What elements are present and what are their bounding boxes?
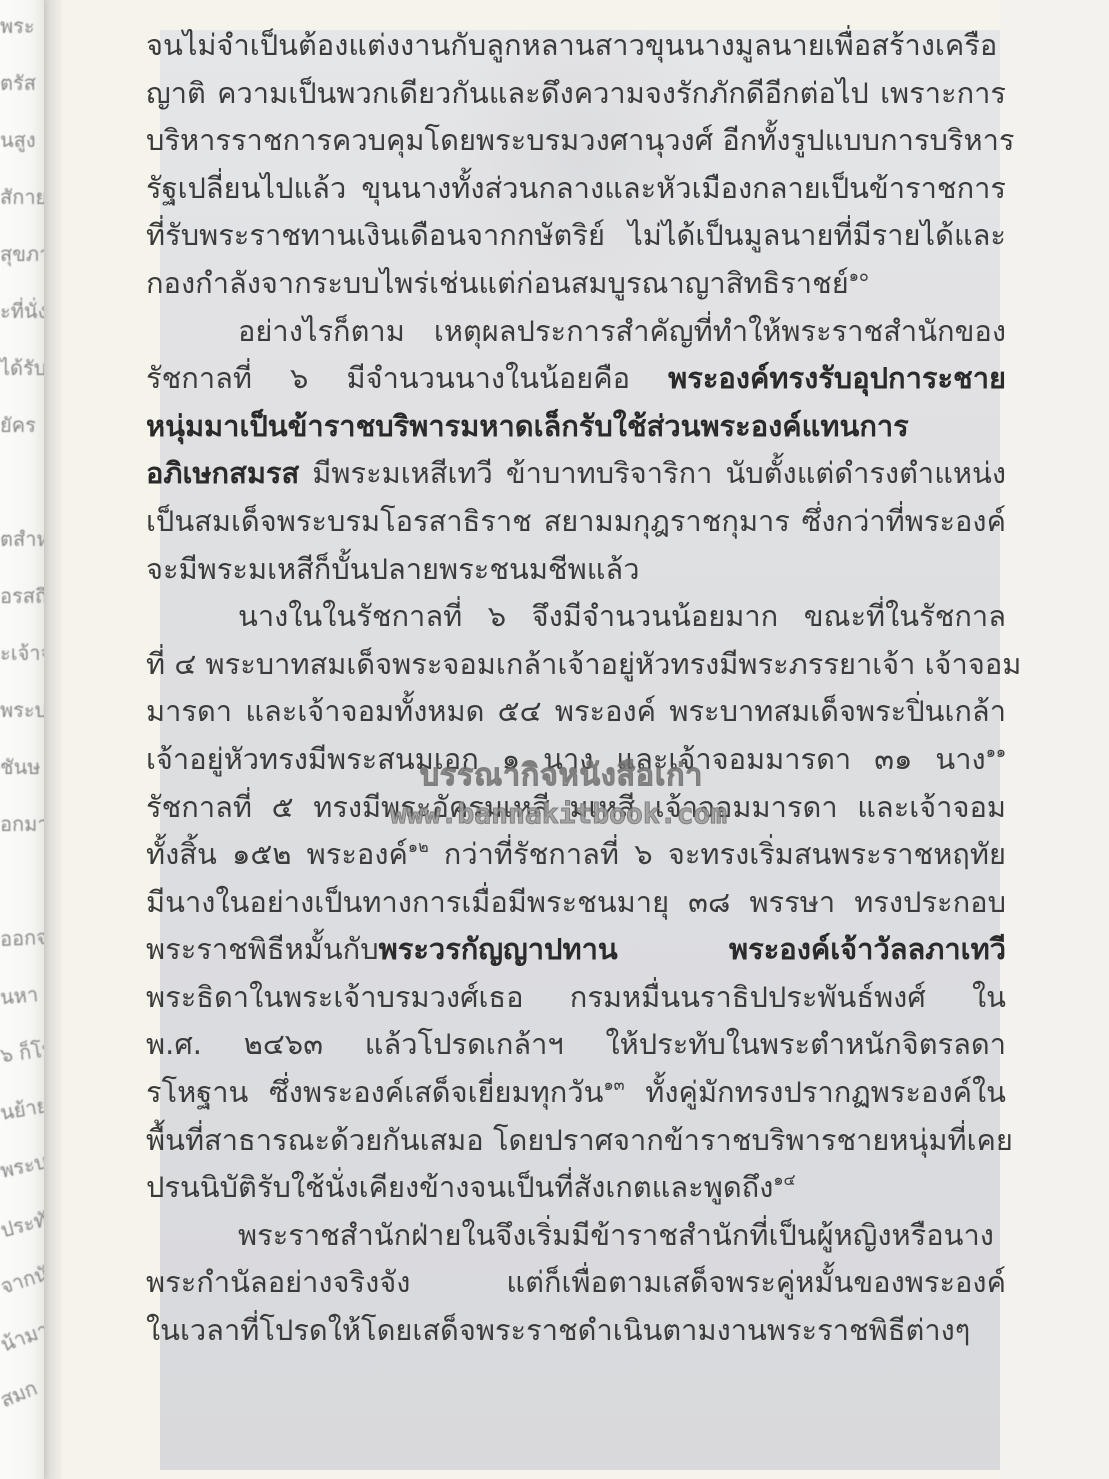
text-line: รโหฐาน ซึ่งพระองค์เสด็จเยี่ยมทุกวัน๑๓ ทั…	[146, 1069, 1006, 1117]
line-text: กว่าที่รัชกาลที่ ๖ จะทรงเริ่มสนพระราชหฤท…	[429, 837, 1006, 871]
left-page-fragment: ะที่นั่ง	[0, 295, 44, 327]
line-text: พื้นที่สาธารณะด้วยกันเสมอ โดยปราศจากข้าร…	[146, 1123, 1013, 1157]
line-text: รัฐเปลี่ยนไปแล้ว ขุนนางทั้งส่วนกลางและหั…	[146, 171, 1006, 205]
left-page-fragment: ประทับ	[0, 1200, 44, 1246]
left-page-fragment: พระบ	[0, 694, 44, 726]
text-line: ที่ ๔ พระบาทสมเด็จพระจอมเกล้าเจ้าอยู่หัว…	[146, 641, 1006, 689]
line-text: พ.ศ. ๒๔๖๓ แล้วโปรดเกล้าฯ ให้ประทับในพระต…	[146, 1027, 1006, 1061]
text-line: บริหารราชการควบคุมโดยพระบรมวงศานุวงศ์ อี…	[146, 117, 1006, 165]
page-body-text: จนไม่จำเป็นต้องแต่งงานกับลูกหลานสาวขุนนา…	[146, 22, 1006, 1355]
text-line: หนุ่มมาเป็นข้าราชบริพารมหาดเล็กรับใช้ส่ว…	[146, 403, 1006, 451]
line-text: ญาติ ความเป็นพวกเดียวกันและดึงความจงรักภ…	[146, 76, 1006, 110]
line-text: ที่ ๔ พระบาทสมเด็จพระจอมเกล้าเจ้าอยู่หัว…	[146, 647, 1021, 681]
bold-text: หนุ่มมาเป็นข้าราชบริพารมหาดเล็กรับใช้ส่ว…	[146, 409, 909, 443]
left-page-fragment: สักาย	[0, 181, 44, 213]
left-page-fragment: พระ	[0, 10, 35, 42]
line-text: อย่างไรก็ตาม เหตุผลประการสำคัญที่ทำให้พร…	[238, 314, 1006, 348]
line-text: พระธิดาในพระเจ้าบรมวงศ์เธอ กรมหมื่นนราธิ…	[146, 980, 1006, 1014]
text-line: จนไม่จำเป็นต้องแต่งงานกับลูกหลานสาวขุนนา…	[146, 22, 1006, 70]
line-text: นางในในรัชกาลที่ ๖ จึงมีจำนวนน้อยมาก ขณะ…	[238, 599, 1006, 633]
line-text: ทั้งสิ้น ๑๕๒ พระองค์	[146, 837, 408, 871]
book-gutter	[44, 0, 62, 1479]
text-line: พ.ศ. ๒๔๖๓ แล้วโปรดเกล้าฯ ให้ประทับในพระต…	[146, 1021, 1006, 1069]
text-line: อภิเษกสมรส มีพระมเหสีเทวี ข้าบาทบริจาริก…	[146, 450, 1006, 498]
text-line: มีนางในอย่างเป็นทางการเมื่อมีพระชนมายุ ๓…	[146, 879, 1006, 927]
line-text: พระกำนัลอย่างจริงจัง แต่ก็เพื่อตามเสด็จพ…	[146, 1265, 1006, 1299]
line-text: ที่รับพระราชทานเงินเดือนจากกษัตริย์ ไม่ไ…	[146, 218, 1006, 252]
left-page-fragment: ะเจ้าจ	[0, 637, 44, 669]
page-right-margin	[1000, 0, 1109, 1479]
line-text: จะมีพระมเหสีก็บั้นปลายพระชนมชีพแล้ว	[146, 552, 639, 586]
text-line: พระราชสำนักฝ่ายในจึงเริ่มมีข้าราชสำนักที…	[146, 1212, 1006, 1260]
left-page-fragment: ตสำหรั	[0, 523, 44, 555]
footnote-marker: ๑๐	[849, 266, 869, 285]
paragraph: นางในในรัชกาลที่ ๖ จึงมีจำนวนน้อยมาก ขณะ…	[146, 593, 1006, 1212]
left-page-fragment: อกมาอ	[0, 808, 44, 840]
text-line: พระกำนัลอย่างจริงจัง แต่ก็เพื่อตามเสด็จพ…	[146, 1259, 1006, 1307]
text-line: พระราชพิธีหมั้นกับพระวรกัญญาปทาน พระองค์…	[146, 926, 1006, 974]
left-page-fragment: อรสถึ	[0, 580, 44, 612]
paragraph: จนไม่จำเป็นต้องแต่งงานกับลูกหลานสาวขุนนา…	[146, 22, 1006, 308]
left-page-fragment: ตรัส	[0, 67, 36, 99]
text-line: มารดา และเจ้าจอมทั้งหมด ๕๔ พระองค์ พระบา…	[146, 688, 1006, 736]
left-page-fragment: นสูง	[0, 124, 36, 156]
text-line: เป็นสมเด็จพระบรมโอรสาธิราช สยามมกุฎราชกุ…	[146, 498, 1006, 546]
text-line: ปรนนิบัติรับใช้นั่งเคียงข้างจนเป็นที่สัง…	[146, 1164, 1006, 1212]
left-page-fragment: ได้รับ	[0, 352, 44, 384]
watermark-title: บรรณากิจหนังสือเก่า	[420, 752, 703, 799]
left-page-fragment: ๖ ก็โป	[0, 1033, 44, 1072]
line-text: มีพระมเหสีเทวี ข้าบาทบริจาริกา นับตั้งแต…	[299, 456, 1006, 490]
line-text: พระราชสำนักฝ่ายในจึงเริ่มมีข้าราชสำนักที…	[238, 1218, 994, 1252]
line-text: พระราชพิธีหมั้นกับ	[146, 932, 379, 966]
bold-text: พระองค์ทรงรับอุปการะชาย	[668, 361, 1006, 395]
line-text: เป็นสมเด็จพระบรมโอรสาธิราช สยามมกุฎราชกุ…	[146, 504, 1006, 538]
paragraph: พระราชสำนักฝ่ายในจึงเริ่มมีข้าราชสำนักที…	[146, 1212, 1006, 1355]
text-line: รัชกาลที่ ๖ มีจำนวนนางในน้อยคือ พระองค์ท…	[146, 355, 1006, 403]
text-line: พื้นที่สาธารณะด้วยกันเสมอ โดยปราศจากข้าร…	[146, 1117, 1006, 1165]
bold-text: พระวรกัญญาปทาน พระองค์เจ้าวัลลภาเทวี	[379, 932, 1006, 966]
text-line: กองกำลังจากระบบไพร่เช่นแต่ก่อนสมบูรณาญาส…	[146, 260, 1006, 308]
left-page-fragment: สมก	[0, 1372, 42, 1416]
left-page-fragment: น้ามา	[0, 1314, 44, 1361]
footnote-marker: ๑๔	[773, 1170, 795, 1189]
text-line: นางในในรัชกาลที่ ๖ จึงมีจำนวนน้อยมาก ขณะ…	[146, 593, 1006, 641]
paragraph: อย่างไรก็ตาม เหตุผลประการสำคัญที่ทำให้พร…	[146, 308, 1006, 594]
text-line: ในเวลาที่โปรดให้โดยเสด็จพระราชดำเนินตามง…	[146, 1307, 1006, 1355]
line-text: ในเวลาที่โปรดให้โดยเสด็จพระราชดำเนินตามง…	[146, 1313, 970, 1347]
footnote-marker: ๑๑	[986, 742, 1006, 761]
line-text: กองกำลังจากระบบไพร่เช่นแต่ก่อนสมบูรณาญาส…	[146, 266, 849, 300]
text-line: ทั้งสิ้น ๑๕๒ พระองค์๑๒ กว่าที่รัชกาลที่ …	[146, 831, 1006, 879]
text-line: ญาติ ความเป็นพวกเดียวกันและดึงความจงรักภ…	[146, 70, 1006, 118]
left-page-fragment: พระบ	[0, 1145, 44, 1186]
line-text: รัชกาลที่ ๖ มีจำนวนนางในน้อยคือ	[146, 361, 668, 395]
footnote-marker: ๑๒	[408, 837, 429, 856]
text-line: พระธิดาในพระเจ้าบรมวงศ์เธอ กรมหมื่นนราธิ…	[146, 974, 1006, 1022]
bold-text: อภิเษกสมรส	[146, 456, 299, 490]
text-line: อย่างไรก็ตาม เหตุผลประการสำคัญที่ทำให้พร…	[146, 308, 1006, 356]
text-line: รัฐเปลี่ยนไปแล้ว ขุนนางทั้งส่วนกลางและหั…	[146, 165, 1006, 213]
left-page-fragment: สุขภา	[0, 238, 44, 270]
left-page-fragment: จากนั	[0, 1257, 44, 1302]
line-text: ทั้งคู่มักทรงปรากฏพระองค์ใน	[625, 1075, 1006, 1109]
left-page-fragment: นหา แ	[0, 977, 44, 1014]
line-text: มารดา และเจ้าจอมทั้งหมด ๕๔ พระองค์ พระบา…	[146, 694, 1006, 728]
left-page-fragment: นย้าย	[0, 1089, 44, 1129]
left-page-fragment: ออกจ	[0, 921, 44, 955]
line-text: ปรนนิบัติรับใช้นั่งเคียงข้างจนเป็นที่สัง…	[146, 1170, 773, 1204]
left-page-edge: พระตรัสนสูงสักายสุขภาะที่นั่งได้รับยัครต…	[0, 0, 44, 1479]
text-line: จะมีพระมเหสีก็บั้นปลายพระชนมชีพแล้ว	[146, 546, 1006, 594]
line-text: จนไม่จำเป็นต้องแต่งงานกับลูกหลานสาวขุนนา…	[146, 28, 997, 62]
line-text: มีนางในอย่างเป็นทางการเมื่อมีพระชนมายุ ๓…	[146, 885, 1006, 919]
left-page-fragment: ยัคร	[0, 409, 36, 441]
left-page-fragment: ชันษ	[0, 751, 40, 783]
text-line: ที่รับพระราชทานเงินเดือนจากกษัตริย์ ไม่ไ…	[146, 212, 1006, 260]
watermark-url: www.bannakitbook.com	[390, 797, 727, 830]
line-text: บริหารราชการควบคุมโดยพระบรมวงศานุวงศ์ อี…	[146, 123, 1014, 157]
footnote-marker: ๑๓	[603, 1075, 624, 1094]
line-text: รโหฐาน ซึ่งพระองค์เสด็จเยี่ยมทุกวัน	[146, 1075, 603, 1109]
